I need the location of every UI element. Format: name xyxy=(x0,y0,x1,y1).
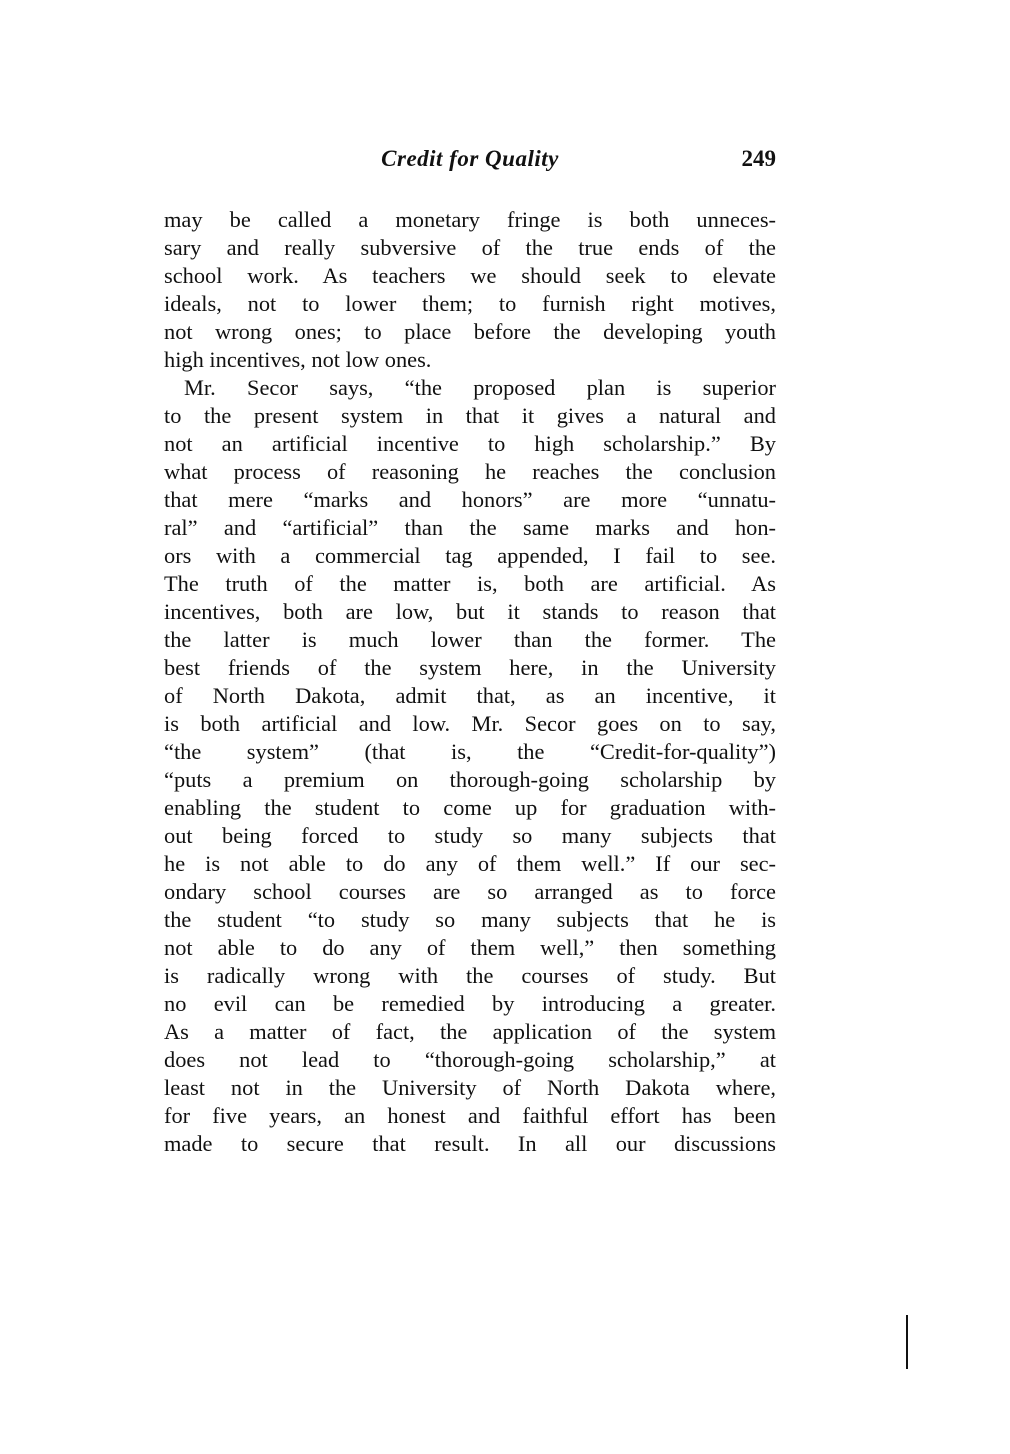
text-line: is both artificial and low. Mr. Secor go… xyxy=(164,710,776,738)
text-line: ors with a commercial tag appended, I fa… xyxy=(164,542,776,570)
text-line: Mr. Secor says, “the proposed plan is su… xyxy=(164,374,776,402)
text-line: “the system” (that is, the “Credit-for-q… xyxy=(164,738,776,766)
text-line: As a matter of fact, the application of … xyxy=(164,1018,776,1046)
text-line: not wrong ones; to place before the deve… xyxy=(164,318,776,346)
text-line: to the present system in that it gives a… xyxy=(164,402,776,430)
text-line: ideals, not to lower them; to furnish ri… xyxy=(164,290,776,318)
text-line: made to secure that result. In all our d… xyxy=(164,1130,776,1158)
page-number: 249 xyxy=(742,146,777,172)
text-line: least not in the University of North Dak… xyxy=(164,1074,776,1102)
text-line: sary and really subversive of the true e… xyxy=(164,234,776,262)
running-title: Credit for Quality xyxy=(164,146,776,172)
text-line: school work. As teachers we should seek … xyxy=(164,262,776,290)
book-page: Credit for Quality 249 may be called a m… xyxy=(0,0,1010,1454)
text-line: may be called a monetary fringe is both … xyxy=(164,206,776,234)
text-line: of North Dakota, admit that, as an incen… xyxy=(164,682,776,710)
margin-rule-mark xyxy=(906,1315,908,1369)
text-line: not an artificial incentive to high scho… xyxy=(164,430,776,458)
text-line: out being forced to study so many subjec… xyxy=(164,822,776,850)
text-line: incentives, both are low, but it stands … xyxy=(164,598,776,626)
text-line: the latter is much lower than the former… xyxy=(164,626,776,654)
text-line: ral” and “artificial” than the same mark… xyxy=(164,514,776,542)
body-text: may be called a monetary fringe is both … xyxy=(164,206,776,1158)
text-line: “puts a premium on thorough-going schola… xyxy=(164,766,776,794)
text-line: ondary school courses are so arranged as… xyxy=(164,878,776,906)
text-line: he is not able to do any of them well.” … xyxy=(164,850,776,878)
text-line: is radically wrong with the courses of s… xyxy=(164,962,776,990)
text-line: no evil can be remedied by introducing a… xyxy=(164,990,776,1018)
text-line: for five years, an honest and faithful e… xyxy=(164,1102,776,1130)
paragraph: Mr. Secor says, “the proposed plan is su… xyxy=(164,374,776,1158)
text-line: not able to do any of them well,” then s… xyxy=(164,934,776,962)
text-line: high incentives, not low ones. xyxy=(164,346,776,374)
text-line: The truth of the matter is, both are art… xyxy=(164,570,776,598)
paragraph: may be called a monetary fringe is both … xyxy=(164,206,776,374)
text-line: the student “to study so many subjects t… xyxy=(164,906,776,934)
text-line: does not lead to “thorough-going scholar… xyxy=(164,1046,776,1074)
text-line: that mere “marks and honors” are more “u… xyxy=(164,486,776,514)
text-line: what process of reasoning he reaches the… xyxy=(164,458,776,486)
running-head: Credit for Quality 249 xyxy=(164,146,776,180)
text-line: best friends of the system here, in the … xyxy=(164,654,776,682)
text-line: enabling the student to come up for grad… xyxy=(164,794,776,822)
